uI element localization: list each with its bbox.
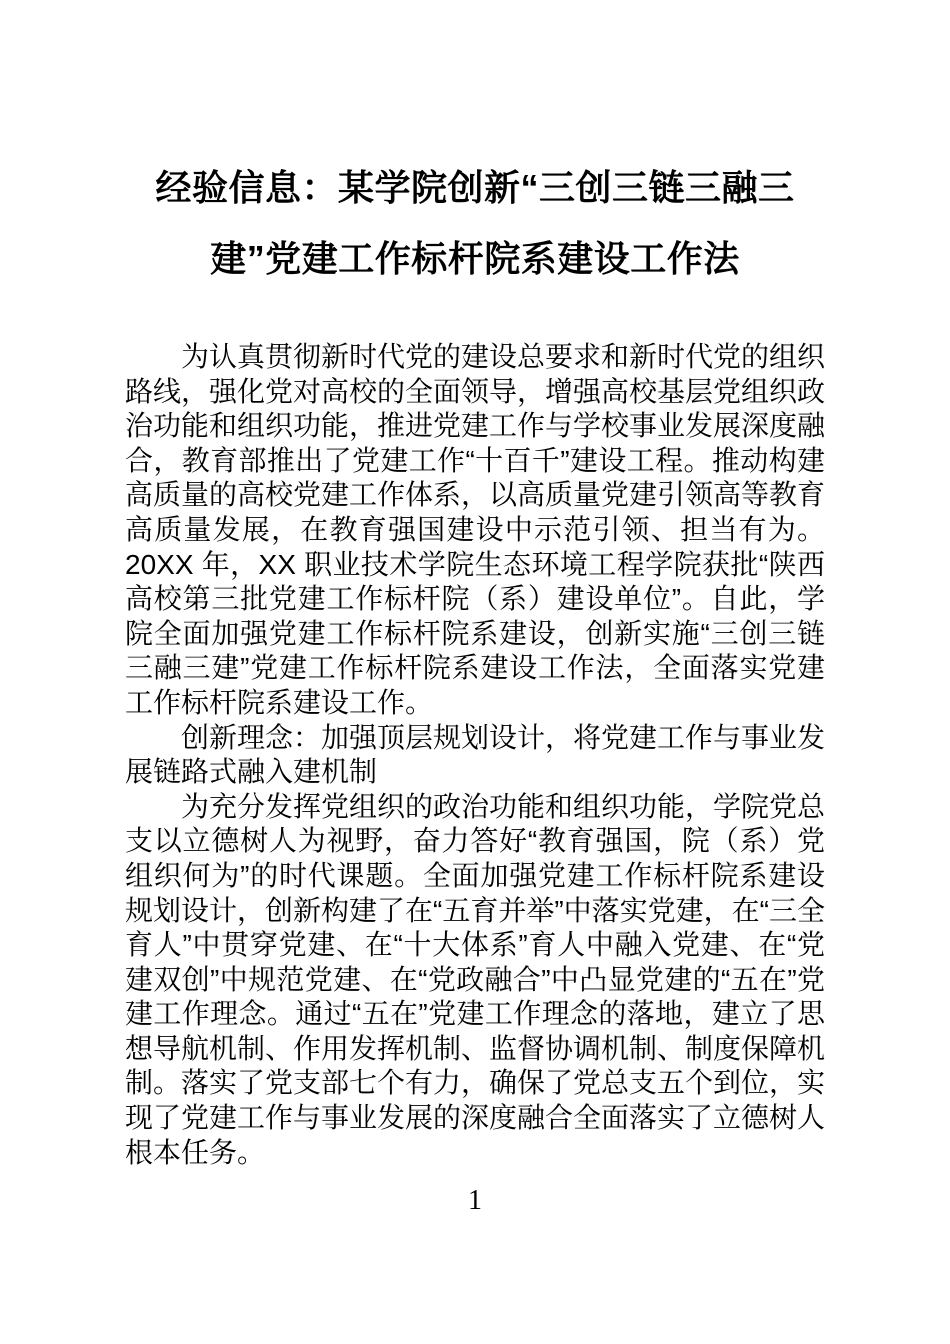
document-title-line-2: 建”党建工作标杆院系建设工作法	[0, 223, 950, 294]
page-number: 1	[0, 1184, 950, 1218]
document-body: 为认真贯彻新时代党的建设总要求和新时代党的组织路线，强化党对高校的全面领导，增强…	[125, 340, 825, 1170]
document-title: 经验信息：某学院创新“三创三链三融三 建”党建工作标杆院系建设工作法	[0, 0, 950, 294]
document-page: 经验信息：某学院创新“三创三链三融三 建”党建工作标杆院系建设工作法 为认真贯彻…	[0, 0, 950, 1344]
paragraph-innovation-concept: 创新理念：加强顶层规划设计，将党建工作与事业发展链路式融入建机制	[125, 721, 825, 790]
paragraph-intro: 为认真贯彻新时代党的建设总要求和新时代党的组织路线，强化党对高校的全面领导，增强…	[125, 340, 825, 721]
paragraph-detail: 为充分发挥党组织的政治功能和组织功能，学院党总支以立德树人为视野，奋力答好“教育…	[125, 790, 825, 1171]
document-title-line-1: 经验信息：某学院创新“三创三链三融三	[0, 152, 950, 223]
